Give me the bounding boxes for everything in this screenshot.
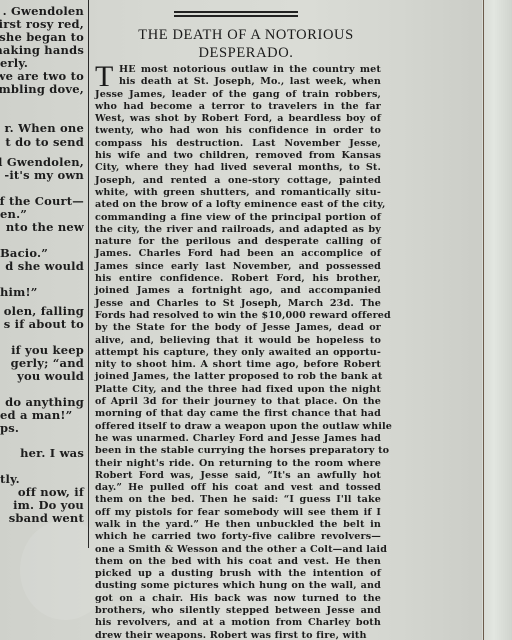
article-line: his wife and two children, removed from …	[95, 150, 381, 162]
article-line: which he carried two forty-five calibre …	[95, 531, 381, 543]
article-line: got on a chair. His back was now turned …	[95, 593, 381, 605]
article-line: attempt his capture, they only awaited a…	[95, 347, 381, 359]
left-column-line: embling dove,	[0, 82, 84, 96]
left-column-line: off now, if	[18, 485, 84, 499]
left-column-line: olen, falling	[4, 304, 84, 318]
article-line: morning of that day came the first chanc…	[95, 408, 381, 420]
left-column-line: d she would	[5, 259, 84, 273]
article-line: Jesse and Charles to St Joseph, March 23…	[95, 298, 381, 310]
article-line: walk in the yard.” He then unbuckled the…	[95, 519, 381, 531]
left-column-line: do anything	[5, 395, 84, 409]
article-line: he was unarmed. Charley Ford and Jesse J…	[95, 433, 381, 445]
article-line: compass his destruction. Last November J…	[95, 138, 381, 150]
left-column-line: tly.	[0, 472, 20, 486]
left-column-line: . Gwendolen	[3, 4, 84, 18]
left-column-line: you would	[17, 369, 84, 383]
page-edge-line	[483, 0, 484, 640]
article-line: offered itself to draw a weapon upon the…	[95, 421, 381, 433]
article-line: ated on the brow of a lofty eminence eas…	[95, 199, 381, 211]
article-line: their night's ride. On returning to the …	[95, 458, 381, 470]
article-line: West, was shot by Robert Ford, a beardle…	[95, 113, 381, 125]
left-column-line: d Gwendolen,	[0, 155, 84, 169]
article-line: brothers, who silently stepped between J…	[95, 605, 381, 617]
article-line: day.” He pulled off his coat and vest an…	[95, 482, 381, 494]
article-line: Fords had resolved to win the $10,000 re…	[95, 310, 381, 322]
article-line: by the State for the body of Jesse James…	[95, 322, 381, 334]
article-line: dusting some pictures which hung on the …	[95, 580, 381, 592]
article-line: Joseph, and rented a one-story cottage, …	[95, 175, 381, 187]
article-line: James since early last November, and pos…	[95, 261, 381, 273]
left-column-line: f the Court—	[0, 194, 84, 208]
adjacent-page-edge	[482, 0, 512, 640]
headline-line-2: DESPERADO.	[96, 45, 396, 62]
left-column-line: first rosy red,	[0, 17, 84, 31]
article-line: one a Smith & Wesson and the other a Col…	[95, 544, 381, 556]
left-column-line: him!”	[0, 285, 38, 299]
article-line: City, where they had lived several month…	[95, 162, 381, 174]
article-line: Robert Ford was, Jesse said, “It's an aw…	[95, 470, 381, 482]
left-column-line: nto the new	[6, 220, 84, 234]
column-divider	[88, 0, 89, 548]
article-line: them on the bed. Then he said: “I guess …	[95, 494, 381, 506]
left-column-line: ps.	[0, 421, 19, 435]
article-line: nity to shoot him. A short time ago, bef…	[95, 359, 381, 371]
article-line: his death at St. Joseph, Mo., last week,…	[95, 76, 381, 88]
article-line: nature for the perilous and desperate ca…	[95, 236, 381, 248]
left-column-line: haking hands	[0, 43, 84, 57]
article-line: been in the stable currying the horses p…	[95, 445, 381, 457]
left-column-line: we are two to	[0, 69, 84, 83]
left-column-line: Bacio.”	[0, 246, 48, 260]
article-line: Jesse James, leader of the gang of train…	[95, 89, 381, 101]
article-line: white, with green shutters, and romantic…	[95, 187, 381, 199]
left-column-line: im. Do you	[13, 498, 84, 512]
left-column-line: sband went	[9, 511, 84, 525]
headline-rule-bottom	[174, 15, 298, 17]
left-column-line: r. When one	[4, 121, 84, 135]
left-column-line: if you keep	[11, 343, 84, 357]
headline-rule-top	[174, 11, 298, 13]
article-line: drew their weapons. Robert was first to …	[95, 630, 381, 640]
article-line: picked up a dusting brush with the inten…	[95, 568, 381, 580]
article-line: HE most notorious outlaw in the country …	[95, 64, 381, 76]
article-line: the city, the river and railroads, and a…	[95, 224, 381, 236]
left-column-line: she began to	[0, 30, 84, 44]
newspaper-page: . Gwendolenfirst rosy red,she began toha…	[0, 0, 512, 640]
article-line: joined James, the latter proposed to rob…	[95, 371, 381, 383]
article-line: James. Charles Ford had been an accompli…	[95, 248, 381, 260]
left-column-line: gerly; “and	[11, 356, 84, 370]
article-line: alive, and, believing that it would be h…	[95, 335, 381, 347]
article-line: of April 3d for their journey to that pl…	[95, 396, 381, 408]
left-column-line: erly.	[0, 56, 28, 70]
article-line: Platte City, and the three had fixed upo…	[95, 384, 381, 396]
left-column-line: -it's my own	[4, 168, 84, 182]
article-line: twenty, who had won his confidence in or…	[95, 125, 381, 137]
left-column-line: ed a man!”	[0, 408, 72, 422]
left-column-line: her. I was	[20, 446, 84, 460]
headline-line-1: THE DEATH OF A NOTORIOUS	[96, 27, 396, 44]
article-line: off my pistols for fear somebody will se…	[95, 507, 381, 519]
left-column-line: en.”	[0, 207, 27, 221]
article-line: commanding a fine view of the principal …	[95, 212, 381, 224]
left-column-line: s if about to	[4, 317, 84, 331]
article-line: his revolvers, and at a motion from Char…	[95, 617, 381, 629]
article-line: his entire confidence. Robert Ford, his …	[95, 273, 381, 285]
article-line: joined James a fortnight ago, and accomp…	[95, 285, 381, 297]
left-column-line: t do to send	[5, 135, 84, 149]
article-line: who had become a terror to travelers in …	[95, 101, 381, 113]
drop-cap: T	[95, 64, 113, 90]
article-line: them on the bed with his coat and vest. …	[95, 556, 381, 568]
article-body: T HE most notorious outlaw in the countr…	[95, 64, 381, 640]
